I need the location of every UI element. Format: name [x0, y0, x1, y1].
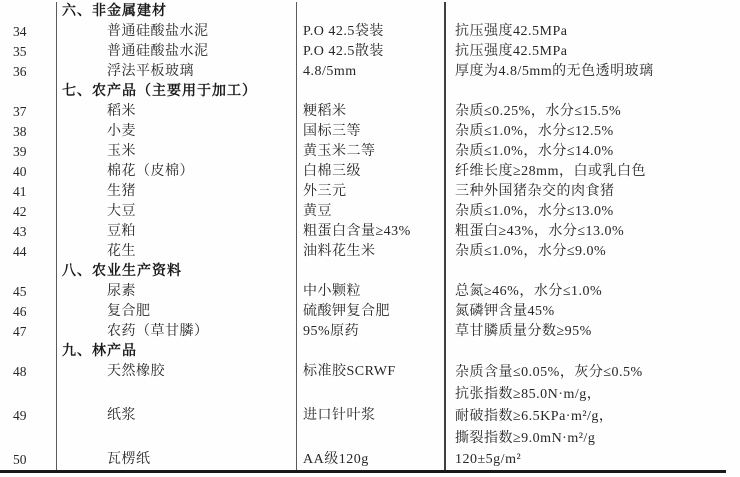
spec-grade: 国标三等 [297, 122, 446, 142]
table-row: 41 生猪 外三元 三种外国猪杂交的肉食猪 [0, 182, 726, 202]
remark-line: 氮磷钾含量45% [455, 302, 726, 322]
spec-grade: 黄豆 [297, 202, 446, 222]
commodity-name: 花生 [57, 242, 297, 262]
table-row: 七、农产品（主要用于加工） [0, 82, 726, 102]
row-number: 48 [0, 362, 57, 406]
table-row: 47 农药（草甘膦） 95%原药 草甘膦质量分数≥95% [0, 322, 726, 342]
commodity-name: 稻米 [57, 102, 297, 122]
remark-line: 抗压强度42.5MPa [455, 22, 726, 42]
commodity-name: 农药（草甘膦） [57, 322, 297, 342]
commodity-name: 玉米 [57, 142, 297, 162]
remark-line: 厚度为4.8/5mm的无色透明玻璃 [455, 62, 726, 82]
spec-grade [297, 342, 446, 362]
remark-line: 抗压强度42.5MPa [455, 42, 726, 62]
commodity-name: 豆粕 [57, 222, 297, 242]
commodity-table: 六、非金属建材 34 普通硅酸盐水泥 P.O 42.5袋装 抗压强度42.5MP… [0, 0, 726, 473]
table-row: 39 玉米 黄玉米二等 杂质≤1.0%，水分≤14.0% [0, 142, 726, 162]
commodity-name: 浮法平板玻璃 [57, 62, 297, 82]
table-row: 38 小麦 国标三等 杂质≤1.0%，水分≤12.5% [0, 122, 726, 142]
quality-remark: 氮磷钾含量45% [446, 302, 726, 322]
commodity-name: 棉花（皮棉） [57, 162, 297, 182]
row-number: 39 [0, 142, 57, 162]
row-number: 34 [0, 22, 57, 42]
row-number [0, 262, 57, 282]
remark-line: 三种外国猪杂交的肉食猪 [455, 182, 726, 202]
table-row: 34 普通硅酸盐水泥 P.O 42.5袋装 抗压强度42.5MPa [0, 22, 726, 42]
table-row: 42 大豆 黄豆 杂质≤1.0%，水分≤13.0% [0, 202, 726, 222]
commodity-name: 复合肥 [57, 302, 297, 322]
remark-line: 抗张指数≥85.0N·m/g， [455, 384, 726, 406]
remark-line: 草甘膦质量分数≥95% [455, 322, 726, 342]
quality-remark [446, 262, 726, 282]
table-row: 36 浮法平板玻璃 4.8/5mm 厚度为4.8/5mm的无色透明玻璃 [0, 62, 726, 82]
remark-line: 杂质≤1.0%，水分≤14.0% [455, 142, 726, 162]
remark-line: 粗蛋白≥43%，水分≤13.0% [455, 222, 726, 242]
quality-remark [446, 342, 726, 362]
quality-remark: 草甘膦质量分数≥95% [446, 322, 726, 342]
row-number: 35 [0, 42, 57, 62]
table-row: 49 纸浆 进口针叶浆 耐破指数≥6.5KPa·m²/g，撕裂指数≥9.0mN·… [0, 406, 726, 450]
spec-grade [297, 2, 446, 22]
quality-remark [446, 2, 726, 22]
commodity-name: 瓦楞纸 [57, 450, 297, 470]
quality-remark [446, 82, 726, 102]
spec-grade: 标准胶SCRWF [297, 362, 446, 406]
table-row: 46 复合肥 硫酸钾复合肥 氮磷钾含量45% [0, 302, 726, 322]
quality-remark: 杂质≤0.25%，水分≤15.5% [446, 102, 726, 122]
quality-remark: 总氮≥46%，水分≤1.0% [446, 282, 726, 302]
commodity-name: 天然橡胶 [57, 362, 297, 406]
commodity-name: 普通硅酸盐水泥 [57, 42, 297, 62]
row-number: 50 [0, 450, 57, 470]
quality-remark: 三种外国猪杂交的肉食猪 [446, 182, 726, 202]
category-header: 八、农业生产资料 [57, 262, 297, 282]
quality-remark: 纤维长度≥28mm，白或乳白色 [446, 162, 726, 182]
row-number: 38 [0, 122, 57, 142]
row-number: 37 [0, 102, 57, 122]
remark-line: 杂质≤1.0%，水分≤13.0% [455, 202, 726, 222]
table-row: 44 花生 油料花生米 杂质≤1.0%，水分≤9.0% [0, 242, 726, 262]
row-number: 47 [0, 322, 57, 342]
spec-grade: 进口针叶浆 [297, 406, 446, 450]
row-number: 42 [0, 202, 57, 222]
remark-line: 杂质≤1.0%，水分≤9.0% [455, 242, 726, 262]
spec-grade: 硫酸钾复合肥 [297, 302, 446, 322]
spec-grade: 粳稻米 [297, 102, 446, 122]
category-header: 九、林产品 [57, 342, 297, 362]
spec-grade: 白棉三级 [297, 162, 446, 182]
commodity-name: 尿素 [57, 282, 297, 302]
remark-line: 杂质≤0.25%，水分≤15.5% [455, 102, 726, 122]
quality-remark: 杂质含量≤0.05%，灰分≤0.5%抗张指数≥85.0N·m/g， [446, 362, 726, 406]
spec-grade [297, 262, 446, 282]
row-number: 49 [0, 406, 57, 450]
row-number [0, 342, 57, 362]
spec-grade: 4.8/5mm [297, 62, 446, 82]
commodity-name: 普通硅酸盐水泥 [57, 22, 297, 42]
commodity-name: 生猪 [57, 182, 297, 202]
spec-grade: AA级120g [297, 450, 446, 470]
row-number: 43 [0, 222, 57, 242]
remark-line: 纤维长度≥28mm，白或乳白色 [455, 162, 726, 182]
table-row: 45 尿素 中小颗粒 总氮≥46%，水分≤1.0% [0, 282, 726, 302]
row-number: 40 [0, 162, 57, 182]
table-row: 40 棉花（皮棉） 白棉三级 纤维长度≥28mm，白或乳白色 [0, 162, 726, 182]
row-number: 41 [0, 182, 57, 202]
table-row: 50 瓦楞纸 AA级120g 120±5g/m² [0, 450, 726, 470]
quality-remark: 杂质≤1.0%，水分≤14.0% [446, 142, 726, 162]
row-number [0, 82, 57, 102]
spec-grade: 黄玉米二等 [297, 142, 446, 162]
remark-line: 撕裂指数≥9.0mN·m²/g [455, 428, 726, 450]
spec-grade: 中小颗粒 [297, 282, 446, 302]
quality-remark: 抗压强度42.5MPa [446, 42, 726, 62]
remark-line: 杂质含量≤0.05%，灰分≤0.5% [455, 362, 726, 384]
quality-remark: 杂质≤1.0%，水分≤13.0% [446, 202, 726, 222]
category-header: 七、农产品（主要用于加工） [57, 82, 297, 102]
row-number: 46 [0, 302, 57, 322]
remark-line: 120±5g/m² [455, 450, 726, 470]
spec-grade: 粗蛋白含量≥43% [297, 222, 446, 242]
quality-remark: 杂质≤1.0%，水分≤9.0% [446, 242, 726, 262]
remark-line: 总氮≥46%，水分≤1.0% [455, 282, 726, 302]
spec-grade: P.O 42.5袋装 [297, 22, 446, 42]
commodity-name: 大豆 [57, 202, 297, 222]
table-row: 八、农业生产资料 [0, 262, 726, 282]
table-row: 43 豆粕 粗蛋白含量≥43% 粗蛋白≥43%，水分≤13.0% [0, 222, 726, 242]
document-page: 六、非金属建材 34 普通硅酸盐水泥 P.O 42.5袋装 抗压强度42.5MP… [0, 0, 740, 477]
spec-grade: 油料花生米 [297, 242, 446, 262]
quality-remark: 粗蛋白≥43%，水分≤13.0% [446, 222, 726, 242]
table-row: 六、非金属建材 [0, 2, 726, 22]
spec-grade: 外三元 [297, 182, 446, 202]
remark-line: 耐破指数≥6.5KPa·m²/g， [455, 406, 726, 428]
commodity-name: 纸浆 [57, 406, 297, 450]
row-number: 45 [0, 282, 57, 302]
category-header: 六、非金属建材 [57, 2, 297, 22]
quality-remark: 120±5g/m² [446, 450, 726, 470]
quality-remark: 耐破指数≥6.5KPa·m²/g，撕裂指数≥9.0mN·m²/g [446, 406, 726, 450]
quality-remark: 杂质≤1.0%，水分≤12.5% [446, 122, 726, 142]
spec-grade: 95%原药 [297, 322, 446, 342]
spec-grade: P.O 42.5散装 [297, 42, 446, 62]
table-row: 37 稻米 粳稻米 杂质≤0.25%，水分≤15.5% [0, 102, 726, 122]
table-row: 35 普通硅酸盐水泥 P.O 42.5散装 抗压强度42.5MPa [0, 42, 726, 62]
row-number [0, 2, 57, 22]
row-number: 36 [0, 62, 57, 82]
spec-grade [297, 82, 446, 102]
commodity-name: 小麦 [57, 122, 297, 142]
remark-line: 杂质≤1.0%，水分≤12.5% [455, 122, 726, 142]
table-row: 九、林产品 [0, 342, 726, 362]
row-number: 44 [0, 242, 57, 262]
quality-remark: 厚度为4.8/5mm的无色透明玻璃 [446, 62, 726, 82]
table-row: 48 天然橡胶 标准胶SCRWF 杂质含量≤0.05%，灰分≤0.5%抗张指数≥… [0, 362, 726, 406]
quality-remark: 抗压强度42.5MPa [446, 22, 726, 42]
